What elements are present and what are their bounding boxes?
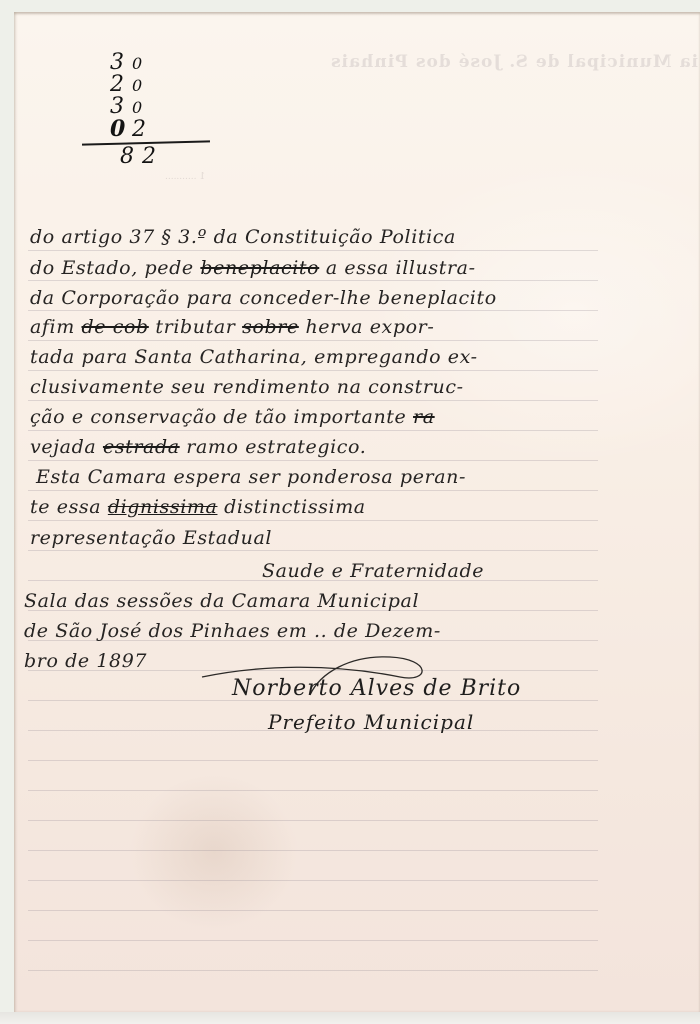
bleed-through-letterhead: Superintendencia Municipal de S. José do…	[330, 52, 700, 72]
ruled-line	[28, 430, 598, 431]
body-line-4: afim de cob tributar sobre herva expor-	[30, 316, 434, 338]
body-line-8: vejada estrada ramo estrategico.	[30, 436, 366, 458]
scan-background-edge	[0, 1012, 700, 1024]
ruled-line	[28, 970, 598, 971]
struck-word: beneplacito	[200, 257, 319, 279]
body-line-3: da Corporação para conceder-lhe beneplac…	[30, 287, 497, 309]
ruled-line	[28, 790, 598, 791]
struck-word: ra	[413, 406, 435, 428]
digit: 2	[132, 117, 146, 142]
struck-word: estrada	[103, 436, 180, 458]
digit: 0	[132, 76, 142, 95]
body-line-1: do artigo 37 § 3.º da Constituição Polit…	[30, 226, 456, 248]
digit: 8	[120, 146, 142, 168]
body-line-5: tada para Santa Catharina, empregando ex…	[30, 346, 478, 368]
date-line: bro de 1897	[24, 650, 147, 672]
sum-row: 20	[110, 74, 156, 96]
ruled-line	[28, 760, 598, 761]
digit: 3	[110, 52, 132, 74]
text-segment: distinctissima	[217, 496, 365, 518]
margin-calculation: 30 20 30 02 82	[110, 52, 156, 168]
text-segment: do Estado, pede	[30, 257, 200, 279]
body-line-2: do Estado, pede beneplacito a essa illus…	[30, 257, 476, 279]
sum-row: 30	[110, 52, 156, 74]
text-segment: vejada	[30, 436, 103, 458]
struck-word: de cob	[82, 316, 149, 338]
text-segment: tributar	[149, 316, 242, 338]
body-line-9: Esta Camara espera ser ponderosa peran-	[36, 466, 466, 488]
ruled-line	[28, 400, 598, 401]
body-line-10: te essa dignissima distinctissima	[30, 496, 366, 518]
place-line-1: Sala das sessões da Camara Municipal	[24, 590, 419, 612]
scanned-document: Superintendencia Municipal de S. José do…	[0, 0, 700, 1024]
ruled-line	[28, 850, 598, 851]
ruled-line	[28, 340, 598, 341]
body-line-11: representação Estadual	[30, 527, 272, 549]
ruled-line	[28, 310, 598, 311]
struck-word: sobre	[242, 316, 299, 338]
ruled-line	[28, 250, 598, 251]
digit: 0	[132, 98, 142, 117]
text-segment: a essa illustra-	[319, 257, 475, 279]
digit: 0	[132, 54, 142, 73]
ruled-line	[28, 910, 598, 911]
ruled-line	[28, 820, 598, 821]
salutation: Saude e Fraternidade	[262, 560, 484, 582]
digit: 3	[110, 96, 132, 118]
ruled-line	[28, 550, 598, 551]
ruled-line	[28, 460, 598, 461]
body-line-6: clusivamente seu rendimento na construc-	[30, 376, 464, 398]
bleed-through-subtext: 1 ...........	[165, 172, 205, 182]
ruled-line	[28, 280, 598, 281]
place-line-2: de São José dos Pinhaes em .. de Dezem-	[24, 620, 441, 642]
digit: 0	[110, 118, 132, 140]
ruled-line	[28, 880, 598, 881]
text-segment: herva expor-	[299, 316, 435, 338]
digit: 2	[110, 74, 132, 96]
ruled-line	[28, 490, 598, 491]
ruled-line	[28, 940, 598, 941]
signature-name: Norberto Alves de Brito	[232, 676, 521, 701]
sum-total: 82	[120, 146, 156, 168]
digit: 2	[142, 144, 156, 169]
ruled-line	[28, 520, 598, 521]
text-segment: ramo estrategico.	[180, 436, 367, 458]
struck-word: dignissima	[108, 496, 218, 518]
ruled-line	[28, 370, 598, 371]
text-segment: te essa	[30, 496, 108, 518]
sum-row: 02	[110, 118, 156, 140]
text-segment: afim	[30, 316, 82, 338]
signature-title: Prefeito Municipal	[268, 710, 474, 734]
sum-row: 30	[110, 96, 156, 118]
text-segment: ção e conservação de tão importante	[30, 406, 413, 428]
body-line-7: ção e conservação de tão importante ra	[30, 406, 435, 428]
